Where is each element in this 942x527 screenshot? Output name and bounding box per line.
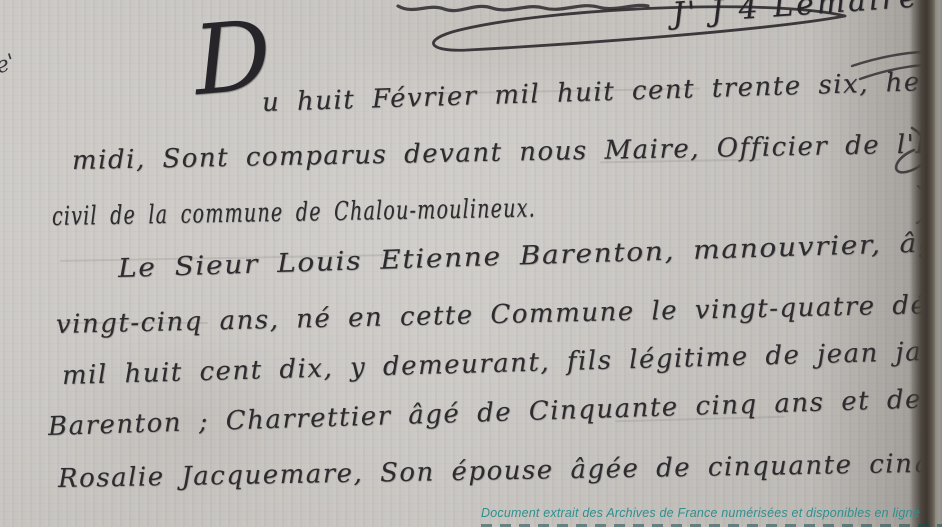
document-scan: J' J 4 Lemaire e' - D u huit Février mil…: [0, 0, 942, 527]
left-edge-ink-mark: e': [0, 50, 18, 80]
manuscript-line: civil de la commune de Chalou-moulineux.: [52, 194, 536, 232]
manuscript-line: vingt-cinq ans, né en cette Commune le v…: [56, 288, 942, 340]
page-gutter-shadow: [909, 0, 935, 527]
manuscript-line: Le Sieur Louis Etienne Barenton, manouvr…: [118, 226, 942, 284]
archives-watermark: Document extrait des Archives de France …: [481, 506, 920, 520]
marginalia-scribble: J' J 4 Lemaire: [671, 0, 921, 32]
left-edge-ink-mark: -: [0, 282, 1, 306]
manuscript-line: midi, Sont comparus devant nous Maire, O…: [72, 128, 942, 176]
page-edge: [935, 0, 942, 527]
